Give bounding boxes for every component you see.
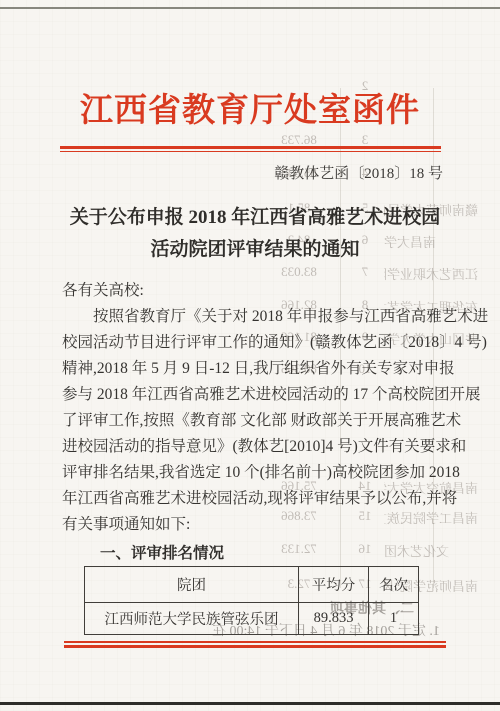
body-line: 进校园活动的指导意见》(教体艺[2010]4 号)文件有关要求和 — [62, 434, 446, 460]
cell-rank: 1 — [369, 603, 419, 635]
rule-thick — [60, 146, 441, 149]
cell-troupe-name: 江西师范大学民族管弦乐团 — [85, 603, 299, 635]
table-row: 江西师范大学民族管弦乐团 89.833 1 — [85, 603, 419, 635]
column-header-average-score: 平均分 — [299, 567, 369, 603]
salutation: 各有关高校: — [62, 278, 446, 304]
body-line: 年江西省高雅艺术进校园活动,现将评审结果予以公布,并将 — [62, 486, 446, 512]
rule-thin — [60, 151, 441, 152]
bleedthrough-cell: 16 — [352, 541, 378, 557]
body-line: 校园活动节目进行评审工作的通知》(赣教体艺函〔2018〕4 号) — [62, 330, 446, 356]
body-line: 精神,2018 年 5 月 9 日-12 日,我厅组织省外有关专家对申报 — [62, 356, 446, 382]
scan-edge-top — [0, 7, 500, 9]
ranking-table: 院团 平均分 名次 江西师范大学民族管弦乐团 89.833 1 — [84, 566, 419, 635]
body-line: 有关事项通知如下: — [62, 512, 446, 538]
notice-title-line1: 关于公布申报 2018 年江西省高雅艺术进校园 — [55, 202, 455, 234]
scan-edge-bottom — [0, 702, 500, 705]
scanned-document-page: 286.733385.633485.15赣南师范大学民俗管弦乐团84.26南昌大… — [0, 0, 500, 711]
body-line: 评审排名结果,我省选定 10 个(排名前十)高校院团参加 2018 — [62, 460, 446, 486]
rule-thick — [64, 645, 446, 648]
body-line: 按照省教育厅《关于对 2018 年申报参与江西省高雅艺术进 — [62, 304, 446, 330]
body-line: 了评审工作,按照《教育部 文化部 财政部关于开展高雅艺术 — [62, 408, 446, 434]
bleedthrough-cell: 72.133 — [264, 541, 334, 557]
section-heading-ranking: 一、评审排名情况 — [100, 541, 224, 563]
cell-average-score: 89.833 — [299, 603, 369, 635]
bleedthrough-cell: 文化艺术团 — [384, 541, 449, 560]
letterhead-double-rule — [60, 146, 441, 152]
column-header-troupe: 院团 — [85, 567, 299, 603]
rule-thin — [64, 641, 446, 643]
column-header-rank: 名次 — [369, 567, 419, 603]
letterhead-org-title: 江西省教育厅处室函件 — [50, 84, 450, 131]
doc-number: 赣教体艺函〔2018〕18 号 — [274, 162, 443, 183]
table-header-row: 院团 平均分 名次 — [85, 567, 419, 603]
notice-title-line2: 活动院团评审结果的通知 — [55, 234, 455, 266]
body-line: 参与 2018 年江西省高雅艺术进校园活动的 17 个高校院团开展 — [62, 382, 446, 408]
page-bottom-double-rule — [64, 641, 446, 648]
notice-title: 关于公布申报 2018 年江西省高雅艺术进校园 活动院团评审结果的通知 — [55, 202, 455, 266]
notice-body: 各有关高校: 按照省教育厅《关于对 2018 年申报参与江西省高雅艺术进 校园活… — [62, 278, 446, 538]
bleedthrough-row: 72.13316文化艺术团 — [0, 541, 500, 558]
